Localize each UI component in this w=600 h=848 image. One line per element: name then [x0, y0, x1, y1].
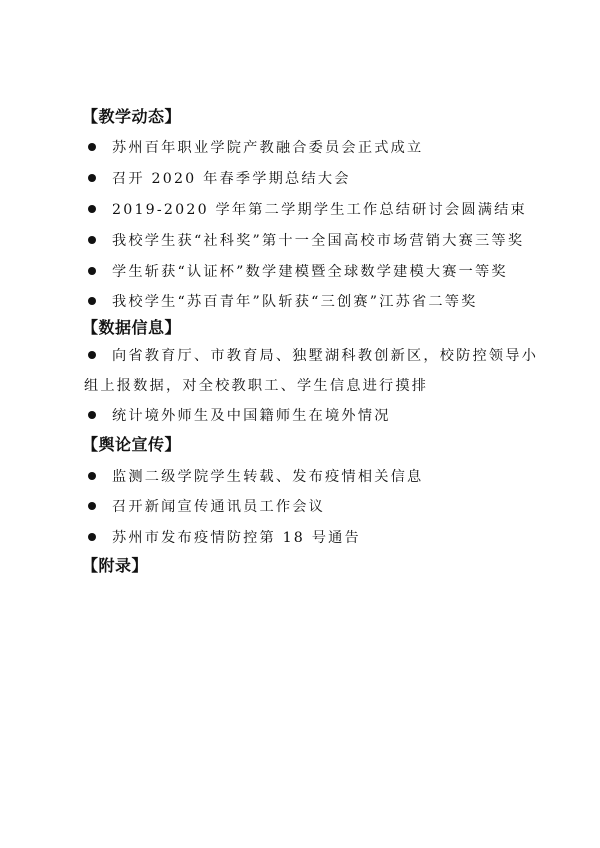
list-item: 苏州百年职业学院产教融合委员会正式成立: [86, 138, 423, 158]
list-item-text: 学生斩获“认证杯”数学建模暨全球数学建模大赛一等奖: [112, 264, 508, 280]
list-item-text: 我校学生“苏百青年”队斩获“三创赛”江苏省二等奖: [112, 294, 478, 310]
list-item: 学生斩获“认证杯”数学建模暨全球数学建模大赛一等奖: [86, 262, 508, 282]
list-item: 统计境外师生及中国籍师生在境外情况: [86, 406, 391, 426]
list-item-text: 向省教育厅、市教育局、独墅湖科教创新区，校防控领导小: [112, 348, 538, 364]
list-item-text: 统计境外师生及中国籍师生在境外情况: [112, 408, 391, 424]
list-item: 2019-2020 学年第二学期学生工作总结研讨会圆满结束: [86, 200, 527, 220]
bullet-icon: [88, 351, 96, 359]
list-item-text: 召开 2020 年春季学期总结大会: [112, 171, 351, 187]
bullet-icon: [88, 174, 96, 182]
section-heading-data-info: 【数据信息】: [82, 318, 181, 338]
bullet-icon: [88, 502, 96, 510]
document-page: 【教学动态】 苏州百年职业学院产教融合委员会正式成立 召开 2020 年春季学期…: [0, 0, 600, 848]
bullet-icon: [88, 267, 96, 275]
list-item-continuation: 组上报数据，对全校教职工、学生信息进行摸排: [84, 376, 428, 396]
bullet-icon: [88, 205, 96, 213]
bullet-icon: [88, 297, 96, 305]
list-item-text: 我校学生获“社科奖”第十一全国高校市场营销大赛三等奖: [112, 233, 524, 249]
list-item: 苏州市发布疫情防控第 18 号通告: [86, 528, 361, 548]
list-item-text: 苏州市发布疫情防控第 18 号通告: [112, 530, 361, 546]
list-item-text: 召开新闻宣传通讯员工作会议: [112, 499, 325, 515]
list-item: 召开新闻宣传通讯员工作会议: [86, 497, 325, 517]
bullet-icon: [88, 533, 96, 541]
section-heading-publicity: 【舆论宣传】: [82, 435, 181, 455]
list-item: 召开 2020 年春季学期总结大会: [86, 169, 351, 189]
list-item-text: 监测二级学院学生转载、发布疫情相关信息: [112, 469, 423, 485]
list-item: 我校学生“苏百青年”队斩获“三创赛”江苏省二等奖: [86, 292, 478, 312]
bullet-icon: [88, 236, 96, 244]
section-heading-appendix: 【附录】: [82, 556, 148, 576]
bullet-icon: [88, 143, 96, 151]
list-item: 向省教育厅、市教育局、独墅湖科教创新区，校防控领导小: [86, 346, 538, 366]
bullet-icon: [88, 411, 96, 419]
list-item: 监测二级学院学生转载、发布疫情相关信息: [86, 467, 423, 487]
section-heading-teaching-news: 【教学动态】: [82, 107, 181, 127]
bullet-icon: [88, 472, 96, 480]
list-item: 我校学生获“社科奖”第十一全国高校市场营销大赛三等奖: [86, 231, 524, 251]
list-item-text: 2019-2020 学年第二学期学生工作总结研讨会圆满结束: [112, 202, 527, 218]
list-item-text: 苏州百年职业学院产教融合委员会正式成立: [112, 140, 423, 156]
